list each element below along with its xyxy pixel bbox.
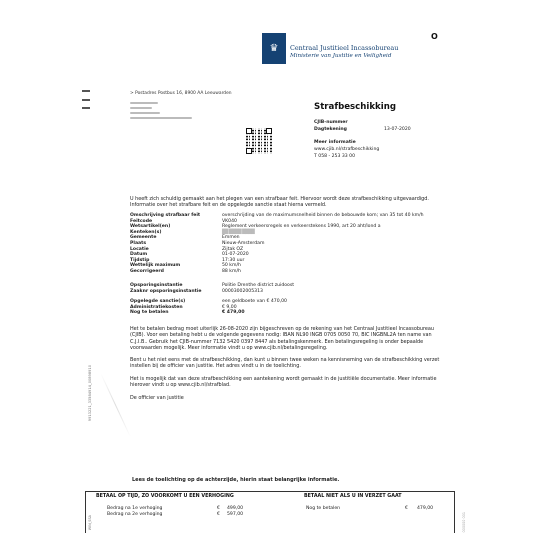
slip-row-label: Bedrag na 1e verhoging	[107, 506, 162, 511]
signature: De officier van justitie	[130, 395, 450, 401]
detail-value: Nieuw-Amsterdam	[222, 241, 264, 246]
fold-mark	[82, 90, 90, 92]
detail-value: 50 km/h	[222, 263, 241, 268]
detail-value: Reglement verkeersregels en verkeersteke…	[222, 224, 381, 229]
detail-label: Gemeente	[130, 235, 157, 240]
objection-paragraph: Bent u het niet eens met de strafbeschik…	[130, 357, 450, 370]
slip-row-amount: 499,00	[227, 506, 243, 511]
detail-value: 00003002005313	[222, 289, 263, 294]
corner-mark: O	[431, 32, 438, 41]
detail-label: Plaats	[130, 241, 146, 246]
slip-row-currency: €	[405, 506, 408, 511]
detail-label: Administratiekosten	[130, 305, 183, 310]
detail-label: Opgelegde sanctie(s)	[130, 299, 185, 304]
detail-value: Politie Drenthe district zuidoost	[222, 283, 294, 288]
slip-row-amount: 479,00	[417, 506, 433, 511]
recipient-address-redacted	[130, 101, 200, 119]
detail-value: € 479,00	[222, 310, 245, 315]
date-label: Dagtekening	[314, 127, 347, 132]
cjib-logo: ♛	[262, 33, 286, 64]
detail-value: VK040	[222, 219, 237, 224]
fold-mark	[82, 107, 90, 109]
record-paragraph: Het is mogelijk dat van deze strafbeschi…	[130, 376, 450, 389]
qr-code	[246, 128, 272, 154]
ministry-name: Ministerie van Justitie en Veiligheid	[290, 53, 391, 59]
detail-label: Omschrijving strafbaar feit	[130, 213, 200, 218]
detail-label: Zaaknr opsporingsinstantie	[130, 289, 202, 294]
scan-streak	[100, 373, 130, 437]
more-info-url[interactable]: www.cjib.nl/strafbeschikking	[314, 147, 379, 152]
detail-value: een geldboete van € 470,00	[222, 299, 287, 304]
detail-label: Wettelijk maximum	[130, 263, 180, 268]
intro-paragraph: U heeft zich schuldig gemaakt aan het pl…	[130, 196, 450, 209]
detail-label: Gecorrigeerd	[130, 269, 164, 274]
detail-value: overschrijding van de maximumsnelheid bi…	[222, 213, 424, 218]
detail-label: Nog te betalen	[130, 310, 168, 315]
back-side-notice: Lees de toelichting op de achterzijde, h…	[132, 477, 339, 483]
phone-number: T 058 - 253 33 00	[314, 154, 355, 159]
detail-value: 01-07-2020	[222, 252, 249, 257]
detail-value: Zijtak OZ	[222, 247, 243, 252]
detail-label: Locatie	[130, 247, 149, 252]
detail-label: Feitcode	[130, 219, 152, 224]
detail-label: Datum	[130, 252, 147, 257]
slip-row-currency: €	[217, 506, 220, 511]
fold-mark	[82, 99, 90, 101]
detail-value: Emmen	[222, 235, 240, 240]
payment-paragraph: Het te betalen bedrag moet uiterlijk 26-…	[130, 326, 450, 352]
side-serial-number: 9913221_33584914_00898910	[88, 365, 92, 421]
detail-value: 88 km/h	[222, 269, 241, 274]
pay-on-time-title: BETAAL OP TIJD, ZO VOORKOMT U EEN VERHOG…	[96, 494, 234, 499]
detail-value: € 9,00	[222, 305, 237, 310]
date-value: 13-07-2020	[384, 127, 411, 132]
more-info-label: Meer informatie	[314, 140, 356, 145]
objection-pay-box: BETAAL NIET ALS U IN VERZET GAAT Nog te …	[301, 491, 455, 533]
objection-pay-title: BETAAL NIET ALS U IN VERZET GAAT	[304, 494, 402, 499]
slip-row-label: Nog te betalen	[306, 506, 340, 511]
document-title: Strafbeschikking	[314, 102, 396, 112]
return-address: > Postadres Postbus 16, 8900 AA Leeuward…	[130, 91, 232, 96]
pay-on-time-box: BETAAL OP TIJD, ZO VOORKOMT U EEN VERHOG…	[85, 491, 302, 533]
form-code-right: 000000 001	[462, 512, 466, 533]
cjib-number-label: CJIB-nummer	[314, 120, 348, 125]
org-name: Centraal Justitieel Incassobureau	[290, 44, 398, 52]
slip-row-amount: 597,00	[227, 512, 243, 517]
detail-label: Opsporingsinstantie	[130, 283, 183, 288]
form-code-left: WIN_SSA	[88, 515, 92, 530]
crest-icon: ♛	[267, 43, 281, 54]
slip-row-currency: €	[217, 512, 220, 517]
slip-row-label: Bedrag na 2e verhoging	[107, 512, 162, 517]
detail-label: Wetsartikel(en)	[130, 224, 170, 229]
